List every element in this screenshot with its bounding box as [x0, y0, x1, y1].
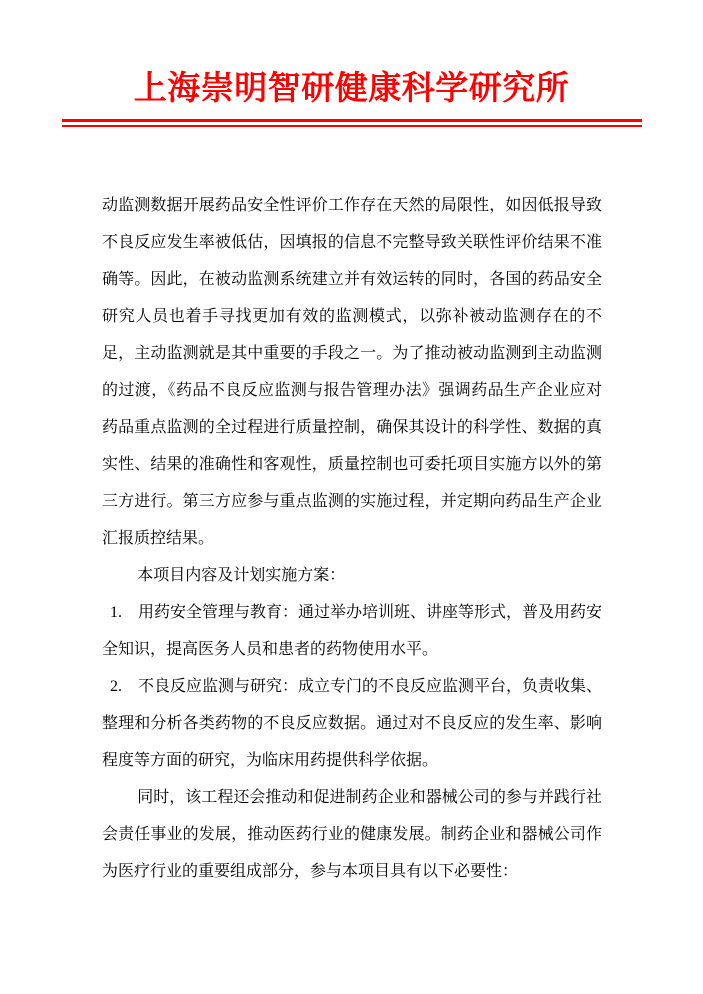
paragraph-continuation: 动监测数据开展药品安全性评价工作存在天然的局限性，如因低报导致不良反应发生率被低… [102, 187, 602, 557]
paragraph-closing: 同时，该工程还会推动和促进制药企业和器械公司的参与并践行社会责任事业的发展，推动… [102, 779, 602, 890]
paragraph-plan-heading: 本项目内容及计划实施方案： [102, 557, 602, 594]
org-title: 上海崇明智研健康科学研究所 [0, 66, 703, 110]
rule-thin-line [62, 125, 642, 127]
double-rule [62, 119, 642, 127]
paragraph-item-1: 1. 用药安全管理与教育：通过举办培训班、讲座等形式，普及用药安全知识，提高医务… [102, 594, 602, 668]
document-header: 上海崇明智研健康科学研究所 [0, 0, 703, 127]
document-body: 动监测数据开展药品安全性评价工作存在天然的局限性，如因低报导致不良反应发生率被低… [102, 187, 602, 890]
paragraph-item-2: 2. 不良反应监测与研究：成立专门的不良反应监测平台，负责收集、整理和分析各类药… [102, 668, 602, 779]
document-page: 上海崇明智研健康科学研究所 动监测数据开展药品安全性评价工作存在天然的局限性，如… [0, 0, 703, 994]
